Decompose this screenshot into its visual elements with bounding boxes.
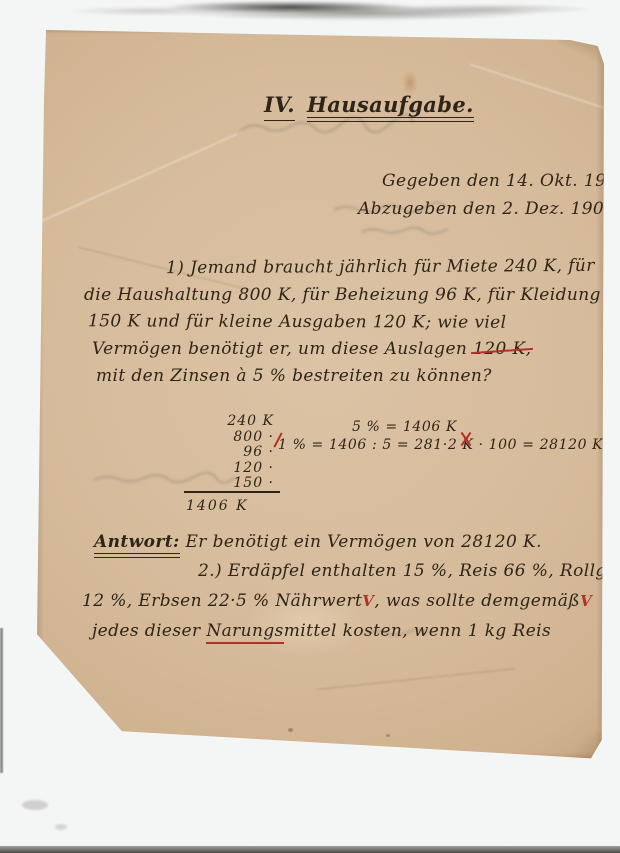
misspelling-underlined: Narungs [206,621,283,644]
problem1-line: die Haushaltung 800 K, für Beheizung 96 … [84,284,601,306]
answer-label: Antwort: [94,532,180,558]
scanner-speck [55,824,67,830]
problem2-line3c-text: mittel kosten, wenn 1 kg Reis [284,621,551,641]
problem2-line: 2.) Erdäpfel enthalten 15 %, Reis 66 %, … [198,560,620,582]
scanner-speck [22,800,48,810]
calc-unit-text: % = 1406 : 5 = 281·2 [288,437,463,453]
problem2-line3a-text: jedes dieser [92,621,206,641]
date-given: Gegeben den 14. Okt. 1904. [382,170,620,192]
addition-line [184,491,280,493]
problem1-line: Vermögen benötigt er, um diese Auslagen … [92,338,531,360]
red-cross-mark [459,431,473,447]
calc-unit-line: 1 % = 1406 : 5 = 281·2 K · 100 = 28120 K… [278,434,608,456]
addend: 800 · [188,430,274,446]
folded-corner-top-right [558,36,604,70]
addend: 96 · [188,445,274,461]
addition-column: 240 K 800 · 96 · 120 · 150 · [188,414,274,492]
red-check-mark: V [580,592,592,610]
scanner-edge-mark-left [0,628,3,773]
problem1-line: 150 K und für kleine Ausgaben 120 K; wie… [88,310,507,333]
page-title: Hausaufgabe. [307,94,474,122]
red-check-mark: V [362,592,374,610]
paper-sheet: IV. Hausaufgabe. Gegeben den 14. Okt. 19… [36,28,604,762]
struck-amount: 120 K, [473,338,531,360]
addition-sum: 1406 K [186,495,249,517]
problem2-line1-text: 2.) Erdäpfel enthalten 15 %, Reis 66 %, … [198,560,620,582]
unit-one: 1 [278,434,288,456]
folded-corner-bottom-right [564,732,604,758]
problem2-line: 12 %, Erbsen 22·5 % NährwertV, was sollt… [82,590,592,612]
assignment-number: IV. [264,94,295,122]
addend: 240 K [188,414,274,430]
answer-text: Er benötigt ein Vermögen von 28120 K. [185,532,541,552]
answer-line: Antwort: Er benötigt ein Vermögen von 28… [94,531,542,553]
problem2-line: jedes dieser Narungsmittel kosten, wenn … [92,620,551,642]
problem1-line: mit den Zinsen à 5 % bestreiten zu könne… [96,365,492,387]
problem2-line2b-text: , was sollte demgemäß [374,591,580,611]
crossed-out-unit: K [462,434,473,456]
date-due: Abzugeben den 2. Dez. 1904. [358,198,620,220]
red-ink-speck [36,364,40,368]
addend: 150 · [188,476,274,492]
addend: 120 · [188,461,274,477]
scanner-edge-smudge-top [0,0,620,28]
problem2-line2a-text: 12 %, Erbsen 22·5 % Nährwert [82,591,362,611]
calc-unit-result: · 100 = 28120 K. [473,437,608,453]
scanner-edge-strip-bottom [0,846,620,853]
problem1-line: 1) Jemand braucht jährlich für Miete 240… [166,255,595,279]
problem1-line4-text: Vermögen benötigt er, um diese Auslagen [92,339,467,359]
scanned-page: { "doc": { "title": { "numeral": "IV.", … [0,0,620,853]
paper-speck [386,734,390,737]
paper-speck [288,728,293,732]
assignment-title: IV. Hausaufgabe. [264,94,474,122]
